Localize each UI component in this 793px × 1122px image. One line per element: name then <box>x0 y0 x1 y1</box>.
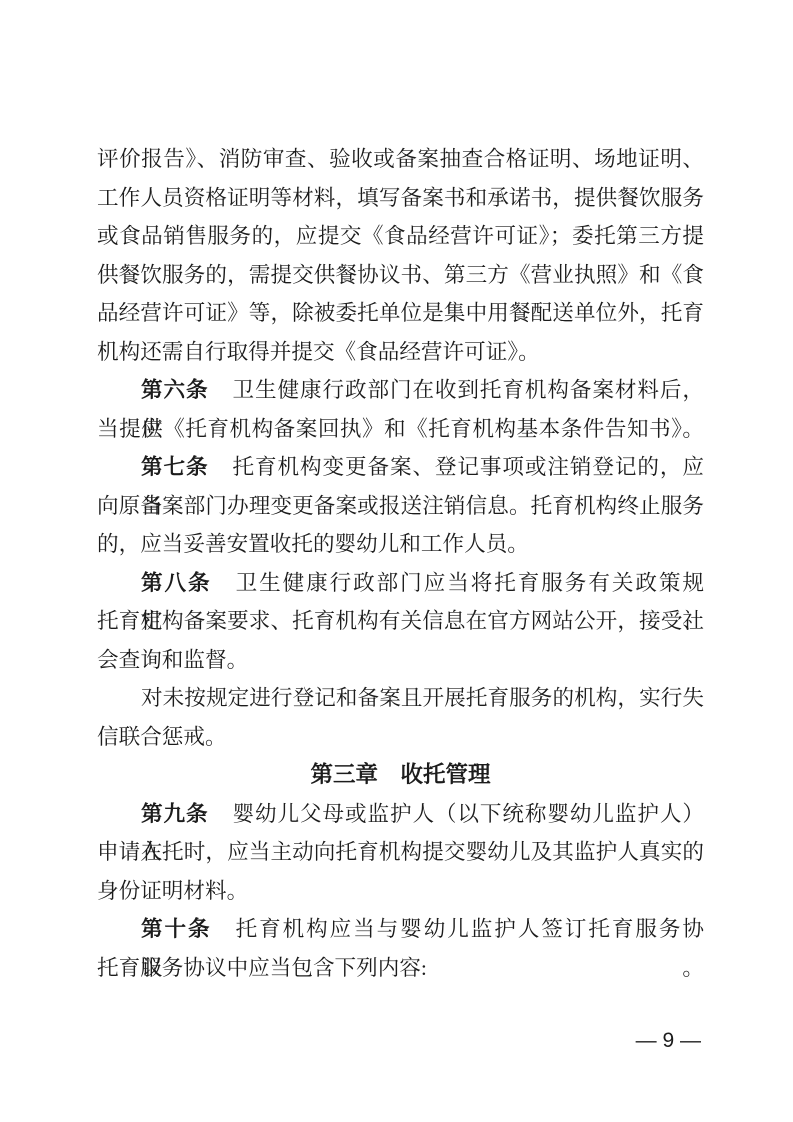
line-text: 或食品销售服务的，应提交《食品经营许可证》；委托第三方提 <box>97 224 704 248</box>
line-text: 的，应当妥善安置收托的婴幼儿和工作人员。 <box>97 532 529 556</box>
line-text: 评价报告》、消防审查、验收或备案抽查合格证明、场地证明、 <box>97 147 704 171</box>
text-line: 身份证明材料。 <box>97 872 704 911</box>
article-number: 第七条 <box>141 454 208 479</box>
line-text: 托育服务协议中应当包含下列内容: <box>97 956 427 980</box>
text-line: 供餐饮服务的，需提交供餐协议书、第三方《营业执照》和《食 <box>97 256 704 295</box>
page-number: — 9 — <box>636 1026 701 1056</box>
text-line-article-9: 第九条婴幼儿父母或监护人（以下统称婴幼儿监护人）在 <box>97 795 704 834</box>
text-line: 品经营许可证》等，除被委托单位是集中用餐配送单位外，托育 <box>97 294 704 333</box>
text-line: 向原备案部门办理变更备案或报送注销信息。托育机构终止服务 <box>97 487 704 526</box>
text-line: 工作人员资格证明等材料，填写备案书和承诺书，提供餐饮服务 <box>97 179 704 218</box>
text-line: 评价报告》、消防审查、验收或备案抽查合格证明、场地证明、 <box>97 140 704 179</box>
text-line: 对未按规定进行登记和备案且开展托育服务的机构，实行失 <box>97 679 704 718</box>
line-text: 信联合惩戒。 <box>97 725 227 749</box>
text-line-article-8: 第八条卫生健康行政部门应当将托育服务有关政策规定、 <box>97 564 704 603</box>
text-line: 会查询和监督。 <box>97 641 704 680</box>
line-text: 托育机构备案要求、托育机构有关信息在官方网站公开，接受社 <box>97 609 704 633</box>
text-line: 信联合惩戒。 <box>97 718 704 757</box>
document-page: 评价报告》、消防审查、验收或备案抽查合格证明、场地证明、 工作人员资格证明等材料… <box>0 0 793 1122</box>
text-line: 的，应当妥善安置收托的婴幼儿和工作人员。 <box>97 525 704 564</box>
line-text: 身份证明材料。 <box>97 879 248 903</box>
document-body-text: 评价报告》、消防审查、验收或备案抽查合格证明、场地证明、 工作人员资格证明等材料… <box>97 140 704 987</box>
line-text: 会查询和监督。 <box>97 648 248 672</box>
article-number: 第十条 <box>141 916 212 941</box>
line-text: 当提供《托育机构备案回执》和《托育机构基本条件告知书》。 <box>97 417 704 441</box>
line-text: 对未按规定进行登记和备案且开展托育服务的机构，实行失 <box>141 686 704 710</box>
line-text: 向原备案部门办理变更备案或报送注销信息。托育机构终止服务 <box>97 494 704 518</box>
article-number: 第六条 <box>141 377 208 402</box>
text-line-article-10: 第十条托育机构应当与婴幼儿监护人签订托育服务协议。 <box>97 910 704 949</box>
text-line: 当提供《托育机构备案回执》和《托育机构基本条件告知书》。 <box>97 410 704 449</box>
text-line-article-6: 第六条卫生健康行政部门在收到托育机构备案材料后，应 <box>97 371 704 410</box>
article-number: 第九条 <box>141 801 208 826</box>
line-text: 机构还需自行取得并提交《食品经营许可证》。 <box>97 340 540 364</box>
text-line: 机构还需自行取得并提交《食品经营许可证》。 <box>97 333 704 372</box>
text-line-article-7: 第七条托育机构变更备案、登记事项或注销登记的，应当 <box>97 448 704 487</box>
chapter-heading: 第三章 收托管理 <box>97 756 704 795</box>
text-line: 或食品销售服务的，应提交《食品经营许可证》；委托第三方提 <box>97 217 704 256</box>
line-text: 品经营许可证》等，除被委托单位是集中用餐配送单位外，托育 <box>97 301 704 325</box>
line-text: 供餐饮服务的，需提交供餐协议书、第三方《营业执照》和《食 <box>97 263 704 287</box>
article-number: 第八条 <box>141 570 212 595</box>
line-text: 申请入托时，应当主动向托育机构提交婴幼儿及其监护人真实的 <box>97 840 704 864</box>
text-line: 托育机构备案要求、托育机构有关信息在官方网站公开，接受社 <box>97 602 704 641</box>
text-line: 申请入托时，应当主动向托育机构提交婴幼儿及其监护人真实的 <box>97 833 704 872</box>
line-text: 工作人员资格证明等材料，填写备案书和承诺书，提供餐饮服务 <box>97 186 704 210</box>
